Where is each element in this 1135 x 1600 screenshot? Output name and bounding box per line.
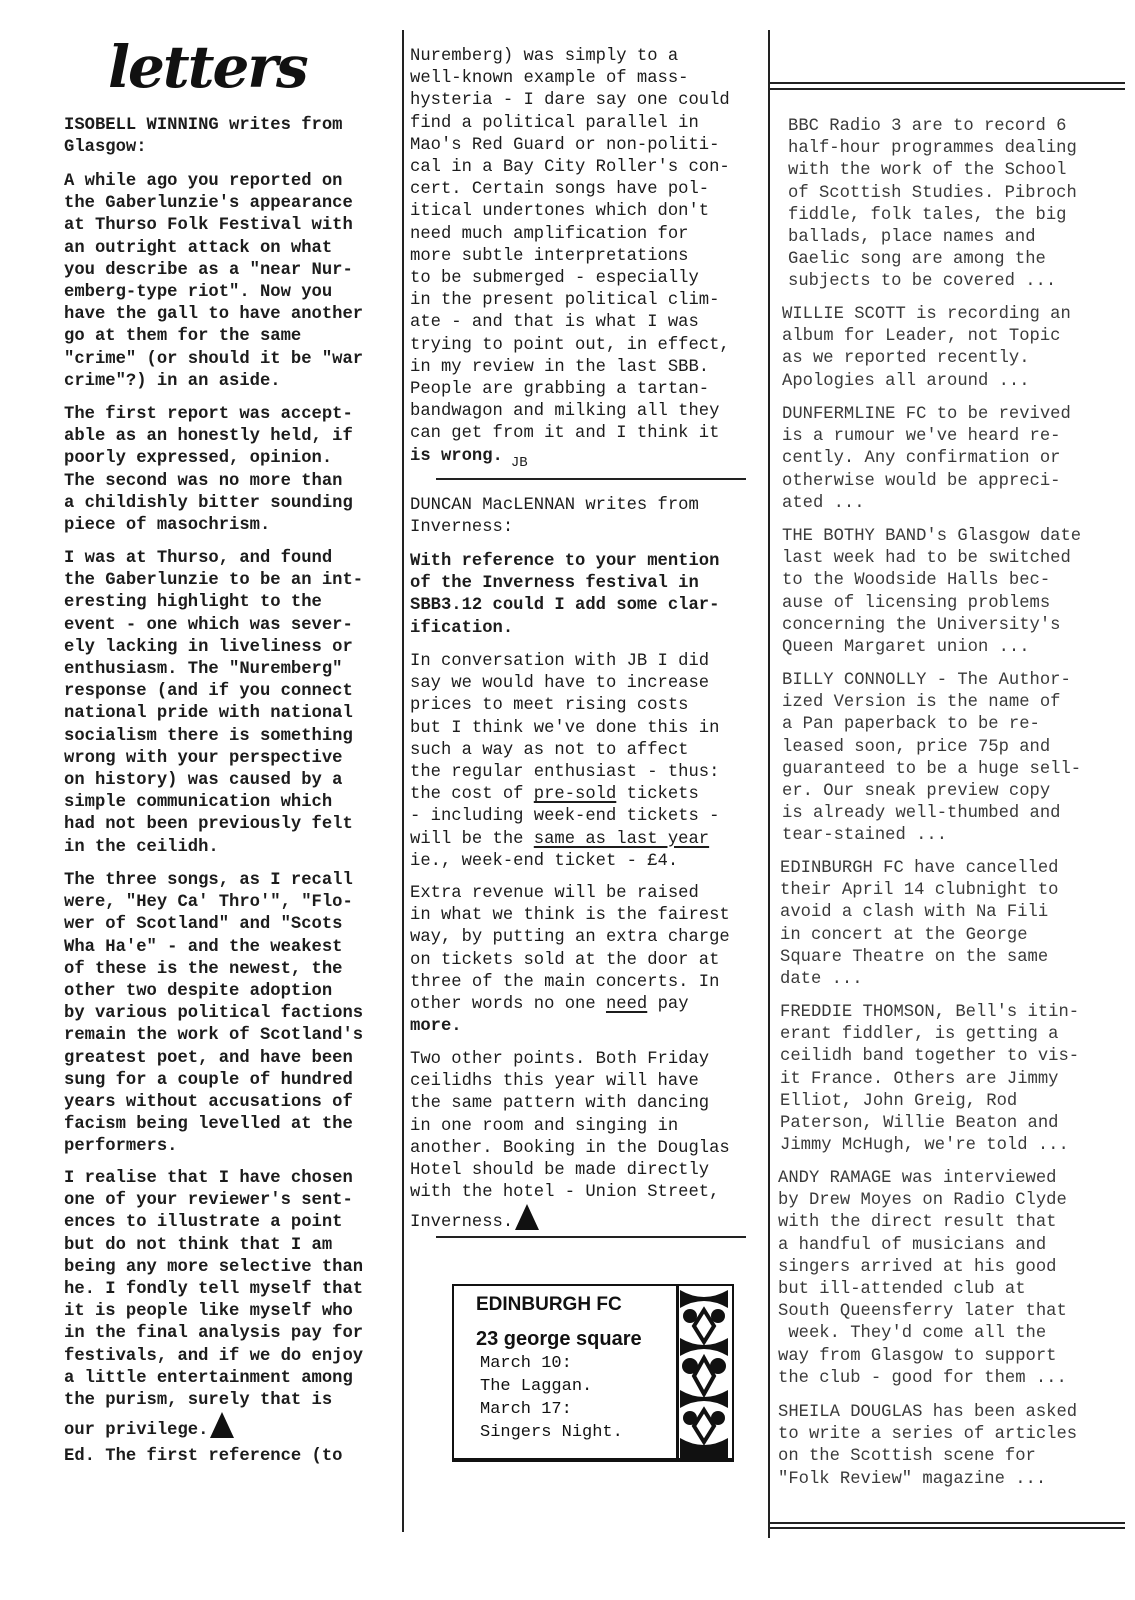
heading-line: ISOBELL WINNING writes from [64, 116, 342, 135]
advert-address: 23 george square [476, 1328, 642, 1351]
heading-line: Glasgow: [64, 138, 147, 157]
heading-line: DUNCAN MacLENNAN writes from [410, 496, 699, 515]
advert-title: EDINBURGH FC [476, 1294, 622, 1316]
underlined-text: need [606, 995, 647, 1014]
letter-heading: DUNCAN MacLENNAN writes from Inverness: [410, 495, 699, 539]
paragraph-text: Nuremberg) was simply to a well-known ex… [410, 47, 730, 443]
advert-line: March 10: [480, 1354, 572, 1373]
line-suffix: pay [647, 995, 688, 1014]
news-item: SHEILA DOUGLAS has been asked to write a… [778, 1402, 1077, 1491]
news-item: BBC Radio 3 are to record 6 half-hour pr… [788, 116, 1077, 294]
letter-paragraph: The first report was accept- able as an … [64, 404, 353, 537]
letter-paragraph: The three songs, as I recall were, "Hey … [64, 870, 363, 1159]
letter-heading: ISOBELL WINNING writes from Glasgow: [64, 115, 342, 159]
letter-paragraph: Nuremberg) was simply to a well-known ex… [410, 46, 730, 468]
letter-paragraph: A while ago you reported on the Gaberlun… [64, 171, 363, 393]
news-item: THE BOTHY BAND's Glasgow date last week … [782, 526, 1081, 659]
paragraph-last-line: is wrong. [410, 447, 503, 466]
advert-line: March 17: [480, 1400, 572, 1419]
double-rule-top [770, 88, 1125, 90]
news-item: EDINBURGH FC have cancelled their April … [780, 858, 1058, 991]
double-rule-bottom [770, 1527, 1125, 1529]
line-prefix: will be the [410, 830, 534, 849]
separator-line [436, 478, 746, 480]
double-rule-bottom [770, 1522, 1125, 1524]
paragraph-last-line: Inverness. [410, 1213, 513, 1232]
column-divider-right [768, 30, 770, 1538]
underlined-text: pre-sold [534, 785, 617, 804]
paragraph-line: ie., week-end ticket - £4. [410, 852, 678, 871]
underlined-text: same as last year [534, 830, 709, 849]
signature-initials: JB [511, 455, 528, 471]
news-item: ANDY RAMAGE was interviewed by Drew Moye… [778, 1168, 1067, 1390]
letter-paragraph: In conversation with JB I did say we wou… [410, 651, 719, 873]
editor-note: Ed. The first reference (to [64, 1446, 342, 1468]
column-divider-left [402, 30, 404, 1532]
letter-paragraph: I was at Thurso, and found the Gaberlunz… [64, 548, 363, 859]
letter-paragraph: I realise that I have chosen one of your… [64, 1168, 363, 1442]
news-item: BILLY CONNOLLY - The Author- ized Versio… [782, 670, 1081, 848]
line-prefix: other words no one [410, 995, 606, 1014]
paragraph-line: - including week-end tickets - [410, 807, 719, 826]
news-item: WILLIE SCOTT is recording an album for L… [782, 304, 1071, 393]
paragraph-text: Two other points. Both Friday ceilidhs t… [410, 1050, 730, 1202]
letter-paragraph: Two other points. Both Friday ceilidhs t… [410, 1049, 730, 1235]
edinburgh-fc-advert: EDINBURGH FC 23 george square March 10: … [452, 1284, 734, 1462]
paragraph-line: more. [410, 1017, 462, 1036]
end-of-item-triangle-icon [210, 1412, 234, 1438]
decorative-pattern-icon [676, 1286, 732, 1458]
news-item: DUNFERMLINE FC to be revived is a rumour… [782, 404, 1071, 515]
section-title: letters [108, 38, 307, 96]
line-suffix: tickets [616, 785, 699, 804]
paragraph-text: Extra revenue will be raised in what we … [410, 884, 730, 992]
letter-paragraph: With reference to your mention of the In… [410, 551, 719, 640]
letter-paragraph: Extra revenue will be raised in what we … [410, 883, 730, 1038]
advert-line: Singers Night. [480, 1423, 623, 1442]
advert-line: The Laggan. [480, 1377, 592, 1396]
end-of-item-triangle-icon [515, 1204, 539, 1230]
heading-line: Inverness: [410, 518, 513, 537]
paragraph-text: In conversation with JB I did say we wou… [410, 652, 719, 782]
news-item: FREDDIE THOMSON, Bell's itin- erant fidd… [780, 1002, 1079, 1157]
paragraph-text: I realise that I have chosen one of your… [64, 1169, 363, 1440]
double-rule-top [770, 82, 1125, 84]
line-prefix: the cost of [410, 785, 534, 804]
separator-line [436, 1236, 746, 1238]
